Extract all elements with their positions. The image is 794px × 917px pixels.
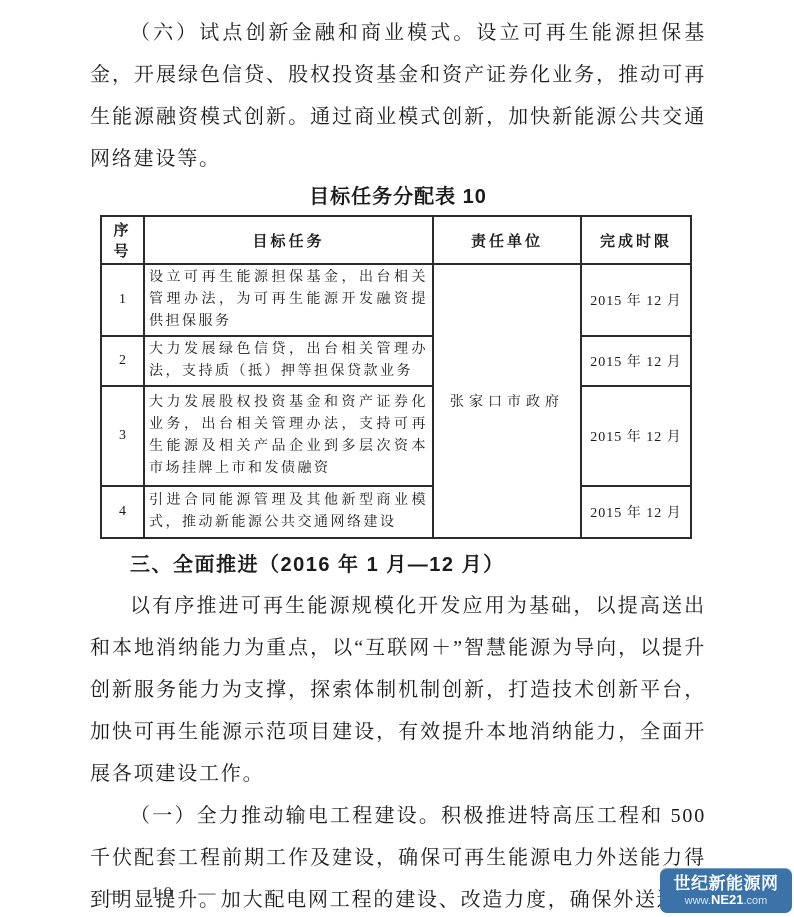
header-target-task: 目标任务 (144, 216, 433, 264)
task-cell: 引进合同能源管理及其他新型商业模式，推动新能源公共交通网络建设 (144, 486, 433, 538)
responsible-unit-cell: 张家口市政府 (433, 264, 581, 538)
row-number-cell: 3 (101, 386, 144, 486)
paragraph-phase-overview: 以有序推进可再生能源规模化开发应用为基础，以提高送出和本地消纳能力为重点，以“互… (90, 585, 706, 795)
table-row: 4 引进合同能源管理及其他新型商业模式，推动新能源公共交通网络建设 2015 年… (101, 486, 691, 538)
watermark-site-name: 世纪新能源网 (674, 874, 779, 893)
watermark-url-suffix: .com (743, 895, 767, 907)
row-number-cell: 4 (101, 486, 144, 538)
header-serial-number: 序号 (101, 216, 144, 264)
table-row: 2 大力发展绿色信贷，出台相关管理办法，支持质（抵）押等担保贷款业务 2015 … (101, 336, 691, 386)
watermark-url: www.NE21.com (685, 893, 768, 908)
task-allocation-table: 序号 目标任务 责任单位 完成时限 1 设立可再生能源担保基金，出台相关管理办法… (100, 215, 692, 539)
deadline-cell: 2015 年 12 月 (581, 264, 691, 336)
page-number: — 10 — (108, 883, 220, 903)
deadline-cell: 2015 年 12 月 (581, 336, 691, 386)
task-cell: 设立可再生能源担保基金，出台相关管理办法，为可再生能源开发融资提供担保服务 (144, 264, 433, 336)
paragraph-pilot-finance-models: （六）试点创新金融和商业模式。设立可再生能源担保基金，开展绿色信贷、股权投资基金… (90, 12, 706, 180)
document-page: （六）试点创新金融和商业模式。设立可再生能源担保基金，开展绿色信贷、股权投资基金… (0, 0, 794, 917)
section-heading-phase-three: 三、全面推进（2016 年 1 月—12 月） (90, 551, 706, 579)
table-row: 3 大力发展股权投资基金和资产证券化业务，出台相关管理办法，支持可再生能源及相关… (101, 386, 691, 486)
table-title: 目标任务分配表 10 (90, 183, 706, 211)
deadline-cell: 2015 年 12 月 (581, 386, 691, 486)
watermark-url-main: NE21 (711, 892, 744, 907)
row-number-cell: 2 (101, 336, 144, 386)
document-content: （六）试点创新金融和商业模式。设立可再生能源担保基金，开展绿色信贷、股权投资基金… (90, 0, 706, 917)
watermark-logo: 世纪新能源网 www.NE21.com (660, 868, 792, 913)
deadline-cell: 2015 年 12 月 (581, 486, 691, 538)
table-header-row: 序号 目标任务 责任单位 完成时限 (101, 216, 691, 264)
task-cell: 大力发展绿色信贷，出台相关管理办法，支持质（抵）押等担保贷款业务 (144, 336, 433, 386)
task-cell: 大力发展股权投资基金和资产证券化业务，出台相关管理办法，支持可再生能源及相关产品… (144, 386, 433, 486)
header-deadline: 完成时限 (581, 216, 691, 264)
table-row: 1 设立可再生能源担保基金，出台相关管理办法，为可再生能源开发融资提供担保服务 … (101, 264, 691, 336)
row-number-cell: 1 (101, 264, 144, 336)
header-responsible-unit: 责任单位 (433, 216, 581, 264)
watermark-url-prefix: www. (685, 895, 711, 907)
